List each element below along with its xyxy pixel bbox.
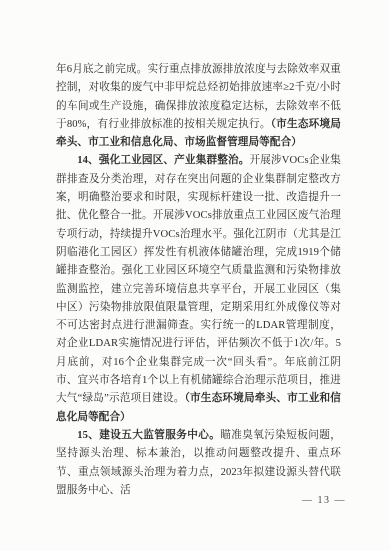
paragraph: 15、建设五大监管服务中心。瞄准臭氧污染短板问题，坚持源头治理、标本兼治，以推动… [56,427,341,500]
page-number: — 13 — [302,495,346,507]
document-body: 年6月底之前完成。实行重点排放源排放浓度与去除效率双重控制，对收集的废气中非甲烷… [56,61,341,500]
body-text: 开展涉VOCs企业集群排查及分类治理，对存在突出问题的企业集群制定整改方案，明确… [56,155,341,404]
document-page: 年6月底之前完成。实行重点排放源排放浓度与去除效率双重控制，对收集的废气中非甲烷… [0,0,390,551]
clause-heading: 14、强化工业园区、产业集群整治。 [77,155,249,166]
paragraph: 14、强化工业园区、产业集群整治。开展涉VOCs企业集群排查及分类治理，对存在突… [56,152,341,426]
clause-heading: 15、建设五大监管服务中心。 [77,430,220,441]
paragraph: 年6月底之前完成。实行重点排放源排放浓度与去除效率双重控制，对收集的废气中非甲烷… [56,61,341,152]
